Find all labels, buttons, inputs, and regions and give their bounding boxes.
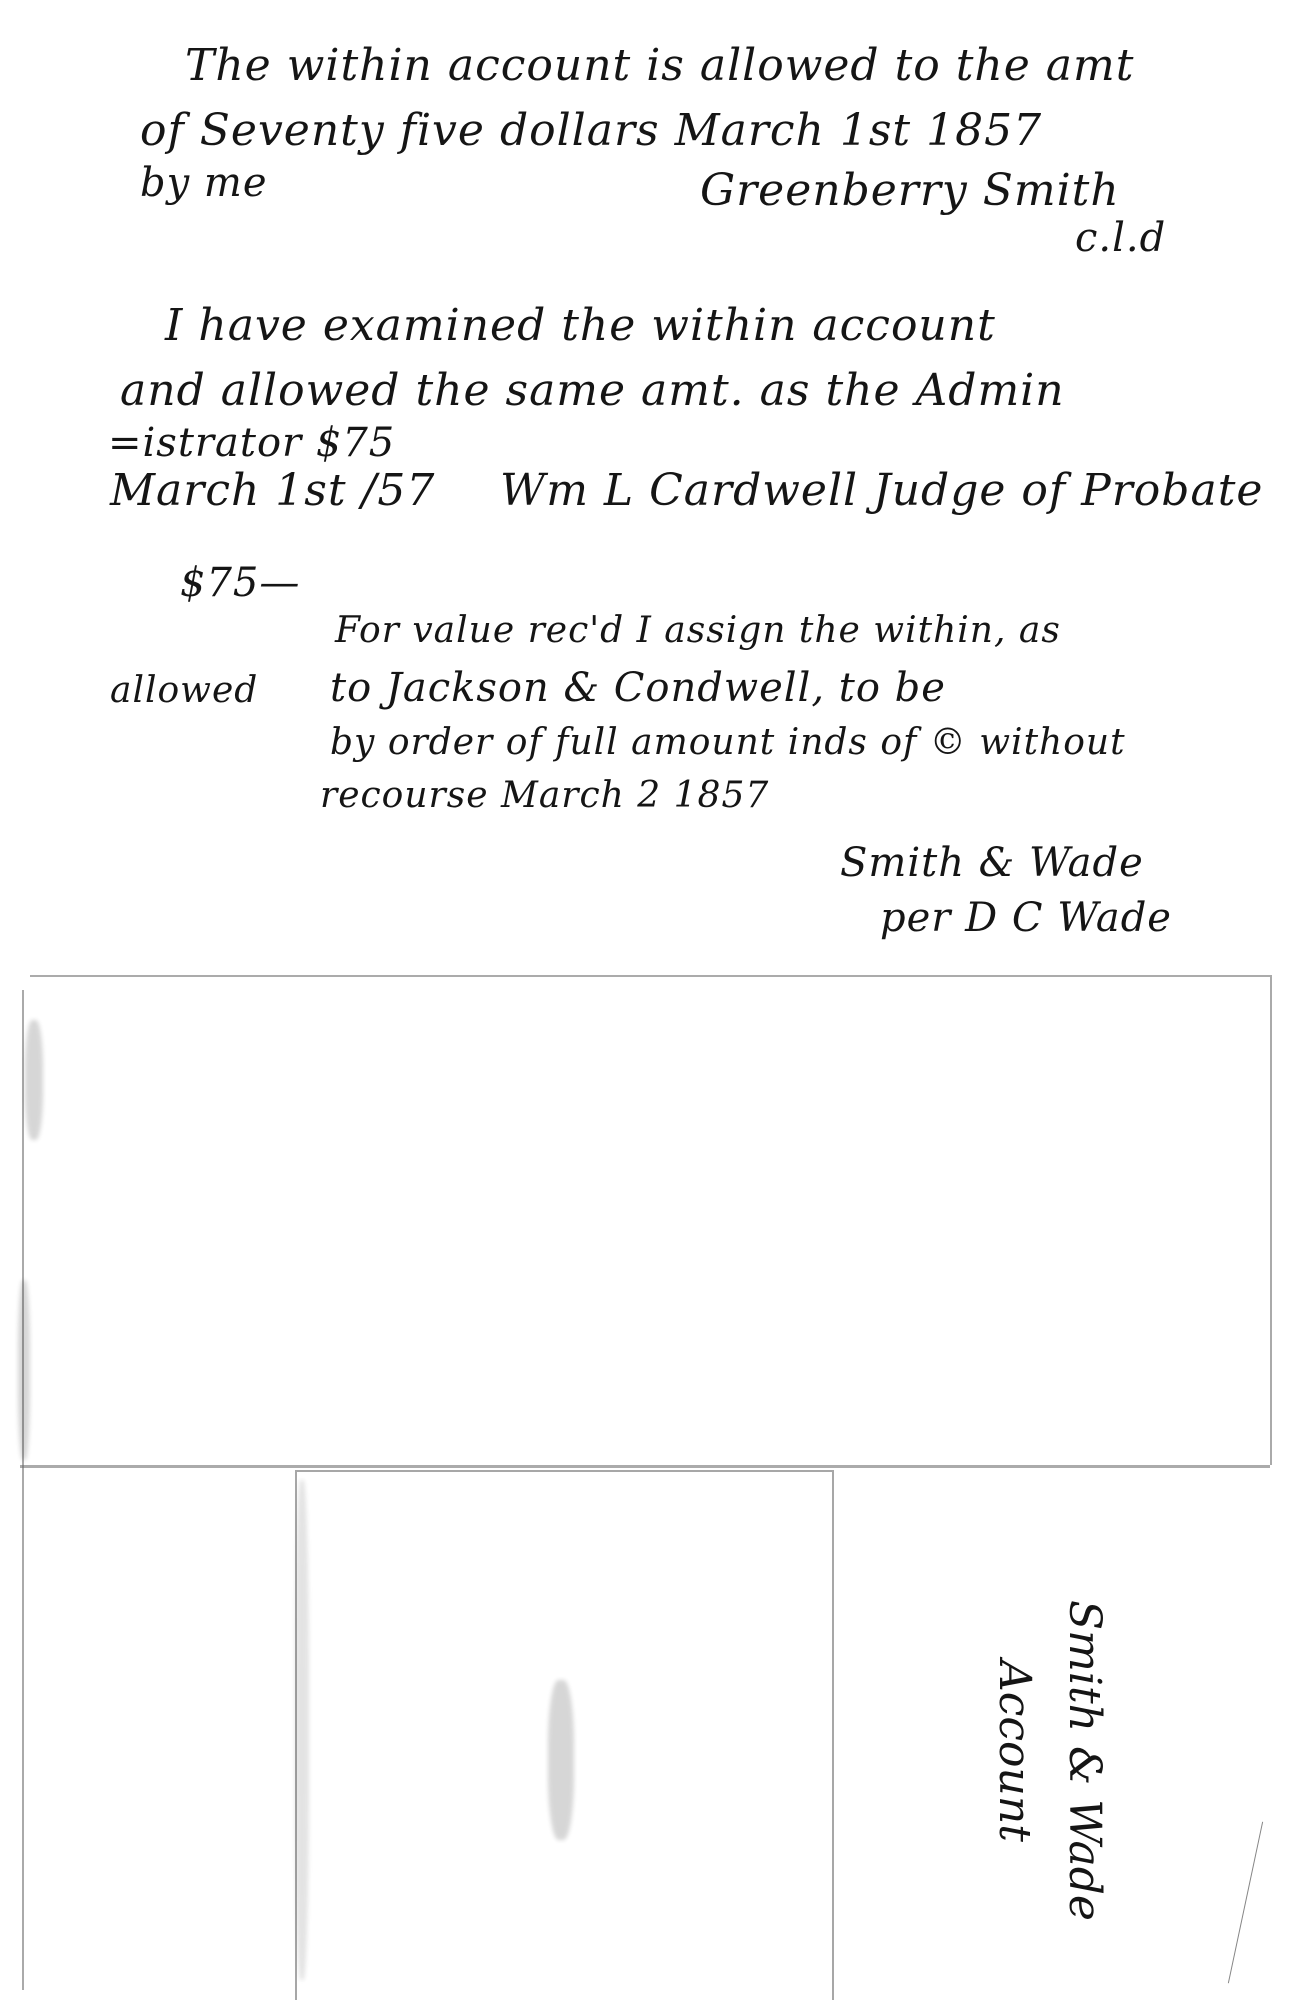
fold-line-lower <box>20 1465 1270 1468</box>
endorsement-2-date: March 1st /57 <box>110 465 435 516</box>
pen-stroke <box>1228 1822 1263 1984</box>
signature-greenberry-smith: Greenberry Smith <box>700 165 1120 216</box>
signature-suffix: c.l.d <box>1075 215 1166 261</box>
signature-per-dc-wade: per D C Wade <box>880 895 1172 941</box>
assignment-line-1: For value rec'd I assign the within, as <box>335 610 1061 651</box>
assignment-margin-note: allowed <box>110 670 258 711</box>
fold-line-left <box>22 990 24 1990</box>
signature-cardwell-judge-of-probate: Wm L Cardwell Judge of Probate <box>500 465 1263 516</box>
document-page: The within account is allowed to the amt… <box>0 0 1290 2000</box>
endorsement-2-line-3: =istrator $75 <box>108 420 395 466</box>
signature-smith-wade: Smith & Wade <box>840 840 1144 886</box>
ink-smudge <box>25 1020 43 1140</box>
ink-smudge <box>548 1680 574 1840</box>
assignment-amount: $75— <box>180 560 300 606</box>
docket-line-1: Smith & Wade <box>1059 1600 1110 1921</box>
endorsement-2-line-2: and allowed the same amt. as the Admin <box>120 365 1065 416</box>
ink-smudge <box>18 1280 30 1460</box>
assignment-line-2: to Jackson & Condwell, to be <box>330 665 946 711</box>
ink-smudge <box>295 1480 309 1980</box>
endorsement-1-line-3: by me <box>140 160 268 206</box>
endorsement-1-line-1: The within account is allowed to the amt <box>185 40 1134 91</box>
fold-line-right <box>1270 975 1272 1465</box>
assignment-line-4: recourse March 2 1857 <box>320 775 769 816</box>
fold-line-upper <box>30 975 1270 977</box>
docket-line-2: Account <box>989 1660 1040 1842</box>
endorsement-2-line-1: I have examined the within account <box>165 300 996 351</box>
endorsement-1-line-2: of Seventy five dollars March 1st 1857 <box>140 105 1042 156</box>
assignment-line-3: by order of full amount inds of © withou… <box>330 722 1126 763</box>
